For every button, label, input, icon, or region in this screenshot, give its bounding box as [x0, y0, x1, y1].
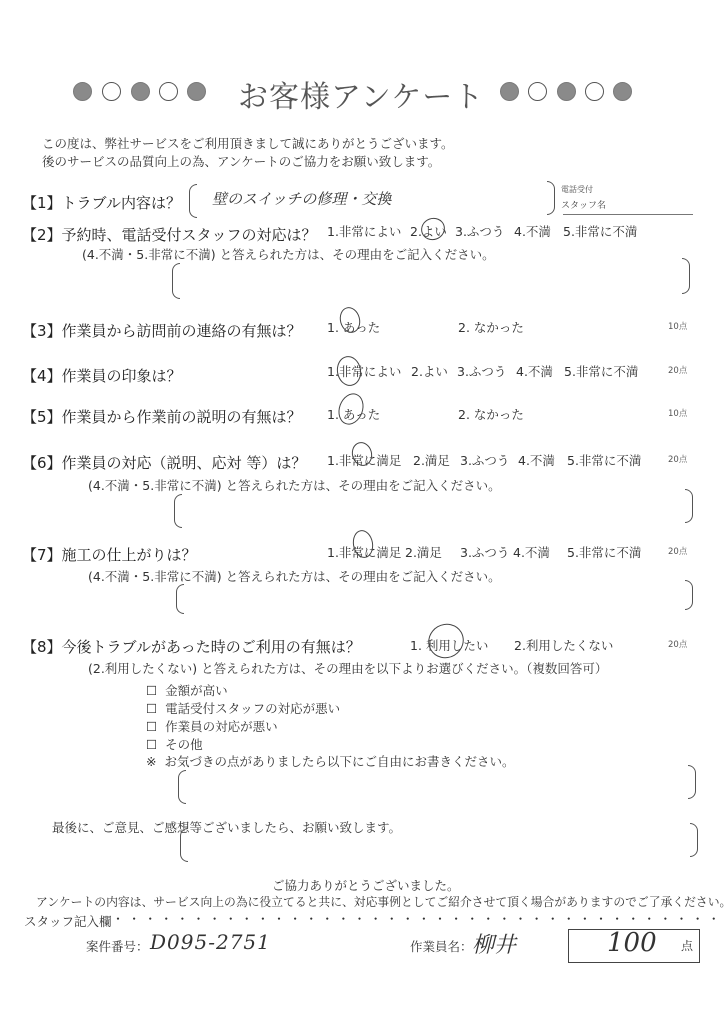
note-mark-icon: ※ [146, 754, 156, 769]
q5-option-2[interactable]: 2. なかった [458, 405, 524, 423]
decorative-circle-icon [585, 82, 604, 101]
reason-checkbox-price[interactable]: ☐ 金額が高い [146, 681, 228, 699]
header: お客様アンケート [0, 72, 728, 112]
q3-label: 【3】作業員から訪問前の連絡の有無は？ [22, 320, 302, 341]
q5-points: 10点 [668, 407, 687, 419]
q4-label: 【4】作業員の印象は？ [22, 365, 182, 386]
q7-reason-bracket-left[interactable] [176, 584, 184, 614]
q2-option-5[interactable]: 5.非常に不満 [563, 222, 637, 240]
decorative-dot-icon [187, 82, 206, 101]
q4-option-4[interactable]: 4.不満 [516, 362, 553, 380]
reason-label: 金額が高い [165, 683, 228, 698]
q6-option-4[interactable]: 4.不満 [518, 451, 555, 469]
reason-checkbox-other[interactable]: ☐ その他 [146, 735, 203, 753]
thanks-text: ご協力ありがとうございました。 [272, 876, 460, 894]
free-note-bracket-right [688, 765, 696, 799]
q7-note: (4.不満・5.非常に不満) と答えられた方は、その理由をご記入ください。 [88, 567, 501, 585]
q4-points: 20点 [668, 364, 687, 376]
worker-name-value[interactable]: 柳井 [472, 928, 516, 959]
q6-reason-bracket-left[interactable] [174, 494, 182, 528]
decorative-circle-icon [528, 82, 547, 101]
comment-bracket-left[interactable] [180, 828, 188, 862]
q6-option-3[interactable]: 3.ふつう [460, 451, 509, 469]
staff-label-phone: 電話受付 [561, 184, 593, 195]
decorative-circle-icon [102, 82, 121, 101]
reason-checkbox-phone-staff[interactable]: ☐ 電話受付スタッフの対応が悪い [146, 699, 340, 717]
q5-label: 【5】作業員から作業前の説明の有無は？ [22, 406, 302, 427]
reason-label: 電話受付スタッフの対応が悪い [165, 701, 340, 716]
q4-option-3[interactable]: 3.ふつう [457, 362, 506, 380]
q8-points: 20点 [668, 638, 687, 650]
case-number-label: 案件番号： [86, 937, 149, 955]
q3-points: 10点 [668, 320, 687, 332]
page-title: お客様アンケート [238, 72, 484, 116]
q1-label: 【1】トラブル内容は？ [22, 192, 181, 213]
q6-option-2[interactable]: 2.満足 [413, 451, 450, 469]
free-note-label: お気づきの点がありましたら以下にご自由にお書きください。 [164, 754, 514, 769]
q4-selected-mark [335, 354, 364, 388]
q3-option-2[interactable]: 2. なかった [458, 318, 524, 336]
q7-points: 20点 [668, 545, 687, 557]
staff-name-underline [563, 214, 693, 215]
q2-reason-bracket-left[interactable] [172, 263, 180, 299]
q1-answer-bracket-right [547, 181, 555, 215]
decorative-dot-icon [131, 82, 150, 101]
comment-prompt: 最後に、ご意見、ご感想等ございましたら、お願い致します。 [52, 818, 401, 836]
decorative-dot-icon [73, 82, 92, 101]
q2-reason-bracket-right [682, 258, 690, 294]
q1-answer-bracket-left [189, 184, 197, 218]
q6-label: 【6】作業員の対応（説明、応対 等）は？ [22, 452, 306, 473]
reason-label: その他 [165, 737, 203, 752]
reason-checkbox-worker[interactable]: ☐ 作業員の対応が悪い [146, 717, 278, 735]
q6-points: 20点 [668, 453, 687, 465]
decorative-dot-icon [613, 82, 632, 101]
q6-note: (4.不満・5.非常に不満) と答えられた方は、その理由をご記入ください。 [88, 476, 501, 494]
score-unit: 点 [681, 937, 693, 954]
worker-name-label: 作業員名： [410, 937, 473, 955]
comment-bracket-right [690, 823, 698, 857]
q8-label: 【8】今後トラブルがあった時のご利用の有無は？ [22, 636, 361, 657]
q8-selected-mark [422, 617, 470, 664]
q4-option-2[interactable]: 2.よい [411, 362, 448, 380]
q7-option-2[interactable]: 2.満足 [405, 543, 442, 561]
q1-answer[interactable]: 壁のスイッチの修理・交換 [212, 188, 391, 209]
q7-reason-bracket-right [685, 580, 693, 610]
decorative-dot-icon [500, 82, 519, 101]
case-number-value[interactable]: D095-2751 [150, 930, 271, 954]
q7-label: 【7】施工の仕上がりは？ [22, 544, 197, 565]
score-value: 100 [607, 928, 657, 958]
q7-option-5[interactable]: 5.非常に不満 [567, 543, 641, 561]
q2-note: (4.不満・5.非常に不満) と答えられた方は、その理由をご記入ください。 [82, 245, 495, 263]
decorative-dot-icon [557, 82, 576, 101]
disclaimer-text: アンケートの内容は、サービス向上の為に役立てると共に、対応事例としてご紹介させて… [36, 893, 728, 910]
decorative-circle-icon [159, 82, 178, 101]
staff-label-name: スタッフ名 [561, 198, 606, 211]
score-box[interactable]: 100 点 [568, 929, 700, 963]
intro-line-2: 後のサービスの品質向上の為、アンケートのご協力をお願い致します。 [42, 152, 440, 170]
staff-section-label: スタッフ記入欄 [24, 912, 112, 930]
intro-line-1: この度は、弊社サービスをご利用頂きまして誠にありがとうございます。 [42, 134, 454, 152]
q2-label: 【2】予約時、電話受付スタッフの対応は？ [22, 224, 317, 245]
q7-option-3[interactable]: 3.ふつう [460, 543, 509, 561]
q6-option-5[interactable]: 5.非常に不満 [567, 451, 641, 469]
q6-reason-bracket-right [685, 489, 693, 523]
q2-option-3[interactable]: 3.ふつう [455, 222, 504, 240]
q8-note: (2.利用したくない) と答えられた方は、その理由を以下よりお選びください。（複… [88, 659, 607, 677]
q4-option-5[interactable]: 5.非常に不満 [564, 362, 638, 380]
q2-option-1[interactable]: 1.非常によい [327, 222, 401, 240]
q7-option-4[interactable]: 4.不満 [513, 543, 550, 561]
q8-option-2[interactable]: 2.利用したくない [514, 636, 613, 654]
dot-leader: ・・・・・・・・・・・・・・・・・・・・・・・・・・・・・・・・・・・・・・・・ [112, 910, 728, 927]
free-note-prompt: ※ お気づきの点がありましたら以下にご自由にお書きください。 [146, 752, 514, 770]
reason-label: 作業員の対応が悪い [165, 719, 278, 734]
free-note-bracket-left[interactable] [178, 770, 186, 804]
q2-option-4[interactable]: 4.不満 [514, 222, 551, 240]
